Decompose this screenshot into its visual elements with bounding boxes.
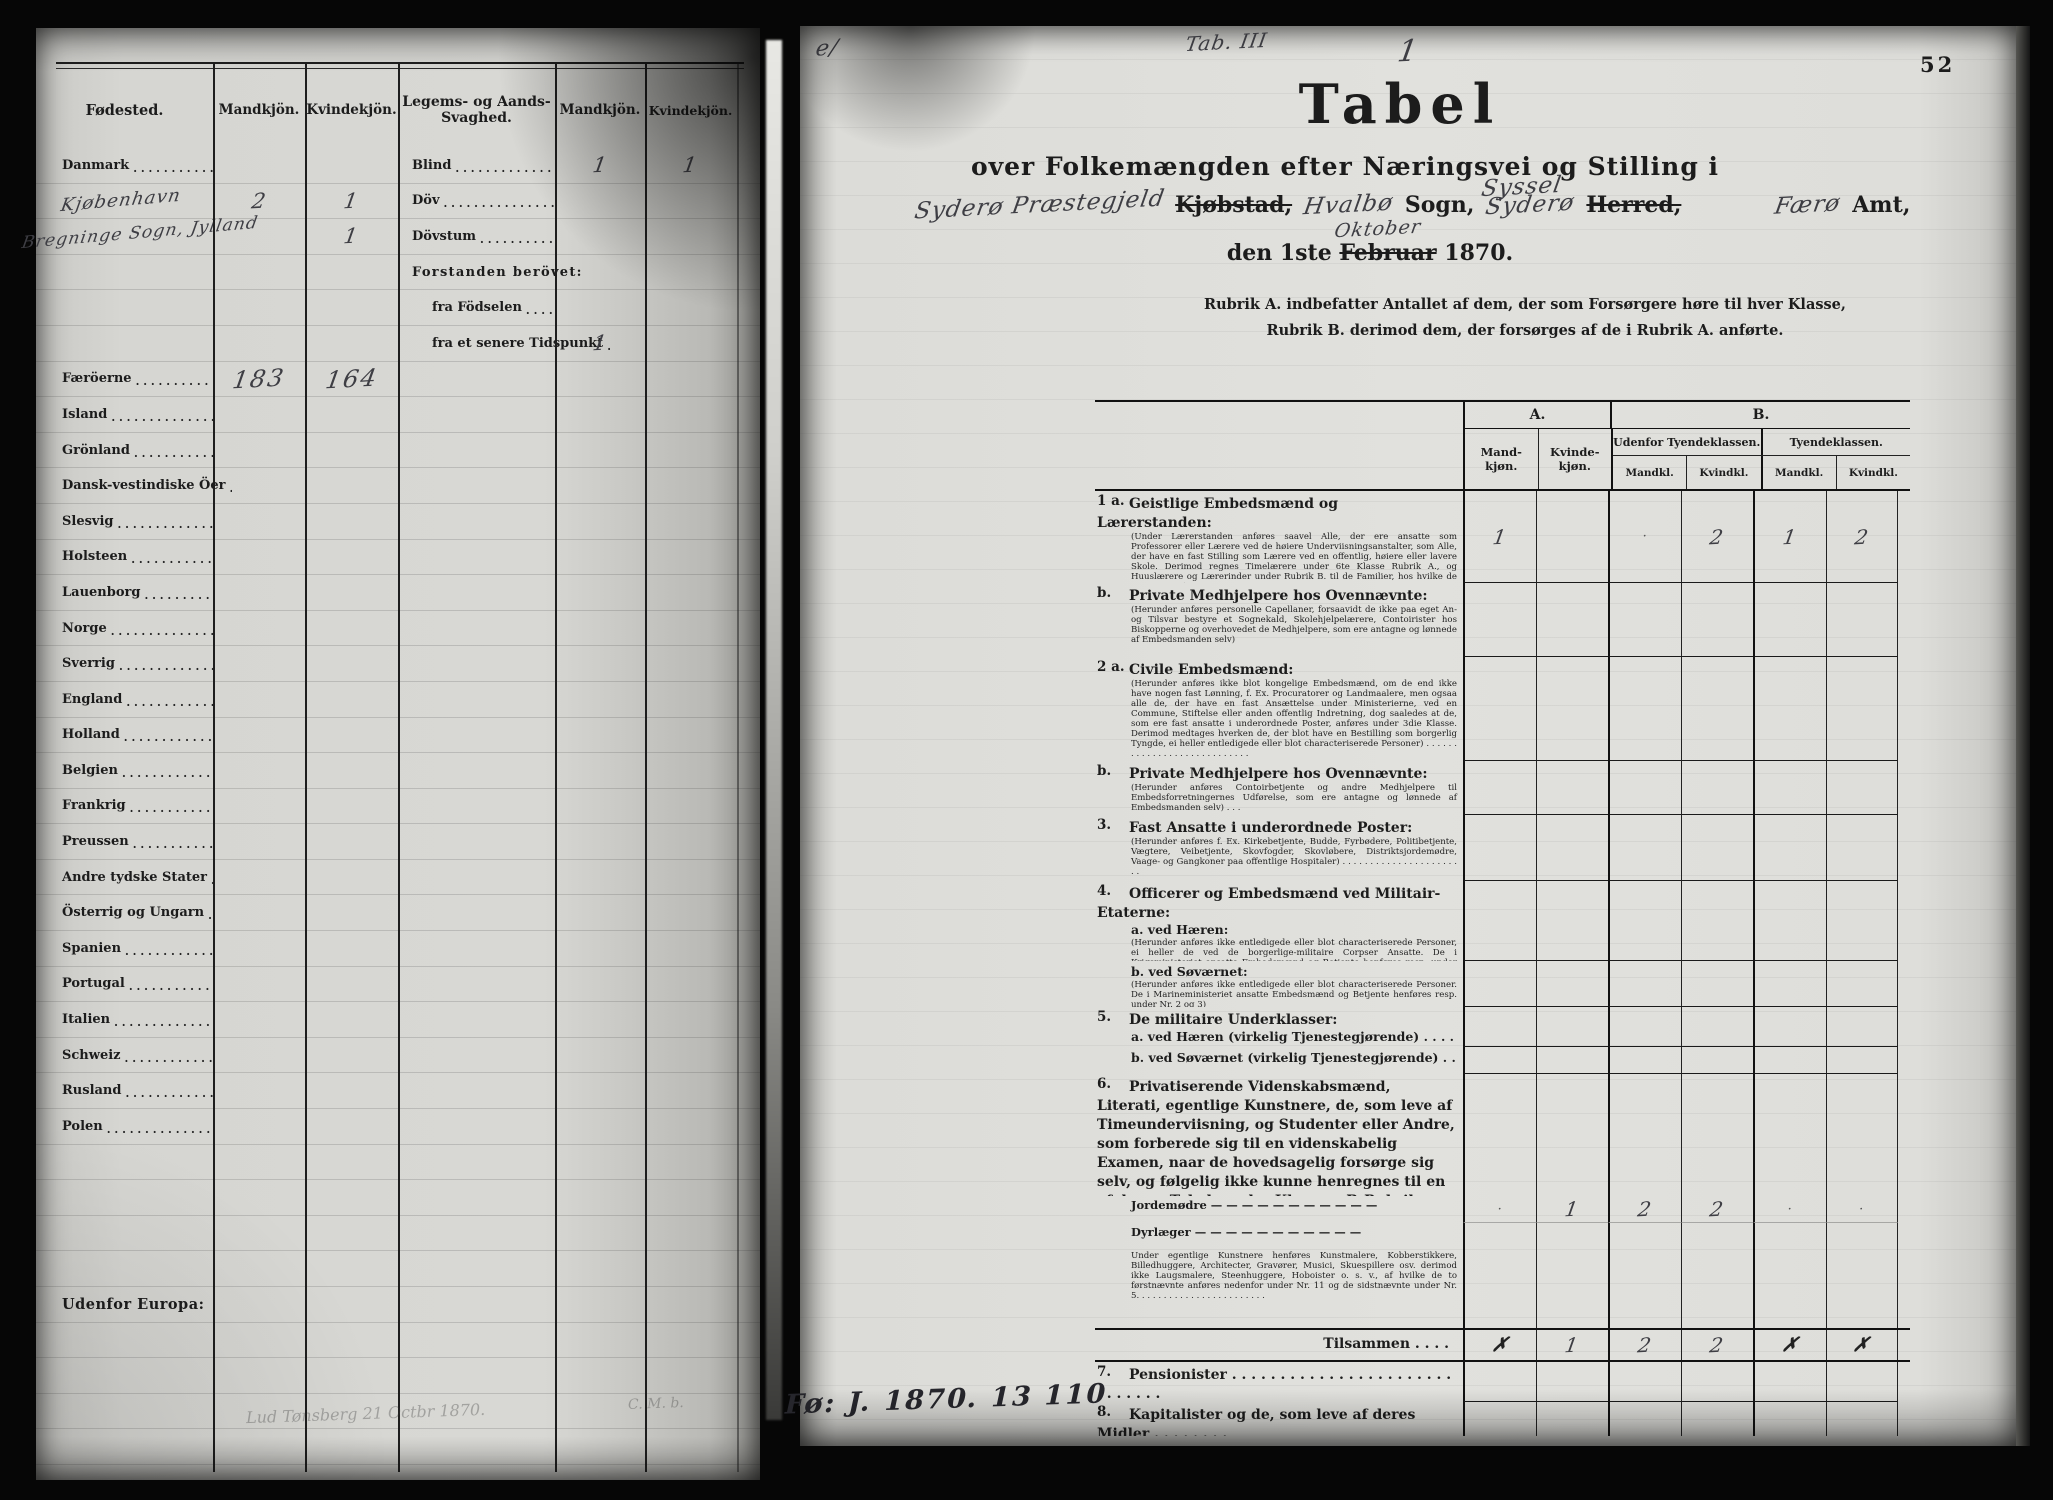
- infirmity-female-cell: [645, 397, 736, 432]
- dot-leader: . . . . . . . . . . . . . . . . . . . . …: [126, 796, 213, 815]
- occupation-row-label: 1 a.Geistlige Embedsmænd og Lærerstanden…: [1095, 491, 1463, 583]
- infirmity-male-cell: [555, 718, 645, 753]
- row-note: (Herunder anføres ikke entledigede eller…: [1097, 938, 1457, 961]
- infirmity-cell: [398, 824, 555, 859]
- female-count-cell: [305, 967, 398, 1002]
- birthplace-label: Dansk-vestindiske Öer: [62, 478, 225, 493]
- value-cell: [1681, 761, 1754, 815]
- value-cell: [1826, 761, 1899, 815]
- occupation-row-label: 6.Privatiserende Videnskabsmænd, Literat…: [1095, 1074, 1463, 1196]
- value-cell: [1608, 583, 1681, 657]
- infirmity-cell: [398, 1145, 555, 1180]
- female-count-cell: [305, 326, 398, 361]
- value-cell: [1536, 1223, 1609, 1248]
- male-count-cell: [213, 1073, 305, 1108]
- infirmity-label: fra Födselen: [432, 300, 522, 315]
- birthplace-label: Italien: [62, 1012, 110, 1027]
- value-cell: [1608, 657, 1681, 761]
- row-number: 5.: [1097, 1009, 1129, 1025]
- handwritten-count: 164: [323, 364, 380, 395]
- a-male-header: Mand- kjøn.: [1465, 429, 1538, 489]
- row-note: (Under Lærerstanden anføres saavel Alle,…: [1097, 532, 1457, 583]
- handwritten-birthplace: Kjøbenhavn: [59, 185, 182, 216]
- female-count-cell: [305, 860, 398, 895]
- value-cell: [1826, 1223, 1899, 1248]
- value-cell: [1826, 1248, 1899, 1328]
- infirmity-cell: fra et senere Tidspunkt. . . . . . . . .…: [398, 326, 555, 361]
- occupation-row-label: b.Private Medhjelpere hos Ovennævnte:(He…: [1095, 761, 1463, 815]
- handwritten-sogn-name: Hvalbø: [1302, 190, 1396, 221]
- tilsammen-label: Tilsammen . . . .: [1097, 1332, 1457, 1352]
- handwritten-sheet-number: 1: [1395, 33, 1421, 69]
- female-count-cell: [305, 1429, 398, 1464]
- value-cell: ·: [1463, 1196, 1536, 1223]
- dot-leader: . . . . . . . . . . . . . . . . . . . . …: [107, 619, 213, 638]
- infirmity-cell: [398, 1073, 555, 1108]
- male-count-cell: [213, 397, 305, 432]
- rubrik-a-line: Rubrik A. indbefatter Antallet af dem, d…: [1110, 292, 1940, 318]
- sub-male-header-2: Mandkl.: [1761, 456, 1836, 489]
- value-cell: [1608, 1074, 1681, 1196]
- row-title: Kapitalister og de, som leve af deres Mi…: [1097, 1407, 1415, 1436]
- birthplace-cell: Dansk-vestindiske Öer. . . . . . . . . .…: [36, 468, 213, 503]
- male-count-cell: [213, 433, 305, 468]
- infirmity-cell: [398, 789, 555, 824]
- handwritten-value: 2: [1853, 524, 1871, 549]
- infirmity-male-cell: [555, 611, 645, 646]
- occupation-row-label: 5.De militaire Underklasser:a. ved Hæren…: [1095, 1007, 1463, 1047]
- female-column-header: Kvindekjön.: [305, 72, 398, 148]
- value-cell: [1753, 1362, 1826, 1402]
- occupation-row-label: b.Private Medhjelpere hos Ovennævnte:(He…: [1095, 583, 1463, 657]
- value-cell: [1463, 1402, 1536, 1436]
- occupation-row-label: 3.Fast Ansatte i underordnede Poster:(He…: [1095, 815, 1463, 881]
- value-cell: 2: [1681, 1196, 1754, 1223]
- infirmity-female-cell: [645, 468, 736, 503]
- infirmity-male-cell: [555, 575, 645, 610]
- occupation-row-label: 2 a.Civile Embedsmænd:(Herunder anføres …: [1095, 657, 1463, 761]
- value-cell: [1826, 583, 1899, 657]
- infirmity-cell: [398, 1251, 555, 1286]
- value-cell: [1753, 1223, 1826, 1248]
- dot-leader: . . . . . . . . . . . . . . . . . . . . …: [114, 512, 214, 531]
- male-count-cell: [213, 326, 305, 361]
- handwritten-value: 2: [1636, 1197, 1654, 1222]
- page-number: 52: [1920, 52, 1955, 77]
- value-cell: [1536, 1007, 1609, 1047]
- value-cell: [1681, 1362, 1754, 1402]
- infirmity-cell: Blind. . . . . . . . . . . . . . . . . .…: [398, 148, 555, 183]
- value-cell: [1826, 657, 1899, 761]
- male-count-cell: [213, 789, 305, 824]
- row-note: (Herunder anføres Contoirbetjente og and…: [1097, 783, 1457, 813]
- row-note: (Herunder anføres personelle Capellaner,…: [1097, 605, 1457, 645]
- value-cell: [1463, 881, 1536, 961]
- value-cell: ✗: [1463, 1330, 1536, 1360]
- infirmity-male-cell: [555, 1180, 645, 1215]
- handwritten-count: 183: [231, 364, 288, 395]
- infirmity-male-cell: [555, 895, 645, 930]
- birthplace-cell: Preussen. . . . . . . . . . . . . . . . …: [36, 824, 213, 859]
- male-count-cell: [213, 1002, 305, 1037]
- infirmity-cell: [398, 1180, 555, 1215]
- infirmity-female-cell: [645, 1002, 736, 1037]
- amt-label: Amt,: [1852, 192, 1910, 218]
- pencil-initials: C. M. b.: [628, 1395, 684, 1413]
- infirmity-female-cell: [645, 718, 736, 753]
- birthplace-label: Grönland: [62, 443, 130, 458]
- value-cell: [1826, 815, 1899, 881]
- value-cell: [1608, 1402, 1681, 1436]
- male-count-cell: [213, 1358, 305, 1393]
- female-count-cell: [305, 468, 398, 503]
- handwritten-amt-name: Færø: [1773, 190, 1843, 219]
- dot-leader: . . . . . . . . . . . . . . . . . . . . …: [103, 1117, 213, 1136]
- dot-leader: . . . . . . . . . . . . . . . . . . . . …: [107, 405, 213, 424]
- female-count-cell: [305, 895, 398, 930]
- infirmity-female-cell: [645, 895, 736, 930]
- occupation-row-6n: Under egentlige Kunstnere henføres Kunst…: [1095, 1248, 1910, 1328]
- handwritten-count: 1: [342, 224, 360, 249]
- handwritten-value: ✗: [1780, 1334, 1801, 1357]
- infirmity-female-cell: [645, 789, 736, 824]
- infirmity-cell: [398, 753, 555, 788]
- birthplace-cell: Österrig og Ungarn. . . . . . . . . . . …: [36, 895, 213, 930]
- value-cell: [1753, 881, 1826, 961]
- infirmity-male-cell: [555, 1145, 645, 1180]
- occupation-row-3: 3.Fast Ansatte i underordnede Poster:(He…: [1095, 815, 1910, 881]
- female-count-cell: [305, 290, 398, 325]
- male-count-cell: [213, 860, 305, 895]
- infirmity-male-cell: [555, 1038, 645, 1073]
- occupation-row-2a: 2 a.Civile Embedsmænd:(Herunder anføres …: [1095, 657, 1910, 761]
- infirmity-male-cell: [555, 1358, 645, 1393]
- table-top-rule: [56, 62, 744, 69]
- birthplace-cell: Rusland. . . . . . . . . . . . . . . . .…: [36, 1073, 213, 1108]
- b-service-class-header: Tyendeklassen.: [1761, 429, 1911, 455]
- infirmity-male-cell: [555, 1287, 645, 1322]
- female-count-cell: [305, 575, 398, 610]
- infirmity-cell: [398, 1038, 555, 1073]
- month-group: Oktober Februar: [1339, 240, 1444, 266]
- female-count-cell: [305, 682, 398, 717]
- row-subitem: a. ved Hæren:: [1097, 922, 1457, 937]
- infirmity-female-cell: [645, 219, 736, 254]
- occupation-table: A. B. Mand- kjøn. Kvinde- kjøn. Udenfor …: [1095, 400, 1910, 1436]
- infirmity-cell: [398, 718, 555, 753]
- female-count-cell: 1: [305, 184, 398, 219]
- birthplace-cell: [36, 1145, 213, 1180]
- infirmity-cell: [398, 575, 555, 610]
- infirmity-cell: [398, 1287, 555, 1322]
- handwritten-value: 1: [1781, 524, 1799, 549]
- infirmity-label: Dövstum: [412, 229, 476, 244]
- row-title: Civile Embedsmænd:: [1129, 662, 1293, 678]
- value-cell: [1608, 1007, 1681, 1047]
- infirmity-male-cell: [555, 1251, 645, 1286]
- value-cell: ✗: [1826, 1330, 1899, 1360]
- dot-leader: . . . . . . . . . . . . . . . . . . . . …: [121, 1046, 213, 1065]
- row-title: Fast Ansatte i underordnede Poster:: [1129, 820, 1412, 836]
- birthplace-label: Belgien: [62, 763, 118, 778]
- row-title: Officerer og Embedsmænd ved Militair-Eta…: [1097, 886, 1440, 921]
- birthplace-cell: [36, 326, 213, 361]
- dot-leader: . . . . . . . . . . . . . . . . . . . . …: [129, 156, 213, 175]
- birthplace-cell: Udenfor Europa:: [36, 1287, 213, 1322]
- occupation-row-tilsammen: Tilsammen . . . .✗122✗✗: [1095, 1328, 1910, 1362]
- male-count-cell: [213, 824, 305, 859]
- infirmity-male-cell: [555, 255, 645, 290]
- birthplace-cell: Norge. . . . . . . . . . . . . . . . . .…: [36, 611, 213, 646]
- value-cell: ·: [1753, 1196, 1826, 1223]
- row-note: (Herunder anføres f. Ex. Kirkebetjente, …: [1097, 837, 1457, 877]
- birthplace-column-header: Fødested.: [36, 72, 213, 148]
- row-title: Private Medhjelpere hos Ovennævnte:: [1129, 766, 1428, 782]
- sub-female-header-2: Kvindkl.: [1836, 456, 1910, 489]
- infirmity-male-cell: [555, 682, 645, 717]
- birthplace-cell: Sverrig. . . . . . . . . . . . . . . . .…: [36, 646, 213, 681]
- birthplace-label: Polen: [62, 1119, 103, 1134]
- value-cell: [1681, 881, 1754, 961]
- occupation-row-label: Dyrlæger — — — — — — — — — — —: [1095, 1223, 1463, 1248]
- female-count-cell: [305, 718, 398, 753]
- dot-leader: . . . . . . . . . . . . . . . . . . . . …: [118, 761, 213, 780]
- dot-leader: . . . . . . . . . . . . . . . . . . . . …: [129, 832, 213, 851]
- birthplace-cell: Kjøbenhavn: [36, 184, 213, 219]
- printed-month-struck: Februar: [1339, 240, 1436, 266]
- birthplace-label: Holland: [62, 727, 120, 742]
- dot-leader: . . . . . . . . . . . . . . . . . . . . …: [451, 156, 555, 175]
- value-cell: 1: [1753, 491, 1826, 583]
- female-count-cell: [305, 789, 398, 824]
- infirmity-cell: Dövstum. . . . . . . . . . . . . . . . .…: [398, 219, 555, 254]
- value-cell: [1826, 881, 1899, 961]
- infirmity-male-cell: [555, 362, 645, 397]
- infirmity-cell: [398, 895, 555, 930]
- female-count-cell: [305, 1180, 398, 1215]
- birthplace-label: Frankrig: [62, 798, 126, 813]
- census-date-line: den 1ste Oktober Februar 1870.: [1150, 240, 1590, 266]
- value-cell: [1826, 961, 1899, 1007]
- male-count-cell: [213, 611, 305, 646]
- value-cell: [1536, 1047, 1609, 1074]
- birthplace-cell: England. . . . . . . . . . . . . . . . .…: [36, 682, 213, 717]
- occupation-row-label: Jordemødre — — — — — — — — — — —: [1095, 1196, 1463, 1223]
- right-page: e/ Tab. III 1 52 Tabel over Folkemængden…: [800, 26, 2016, 1446]
- infirmity-male-cell: [555, 433, 645, 468]
- birthplace-cell: Portugal. . . . . . . . . . . . . . . . …: [36, 967, 213, 1002]
- value-cell: [1681, 1047, 1754, 1074]
- birthplace-label: Rusland: [62, 1083, 121, 1098]
- value-cell: [1536, 1248, 1609, 1328]
- occupation-row-label: 4.Officerer og Embedsmænd ved Militair-E…: [1095, 881, 1463, 961]
- infirmity-female-cell: [645, 184, 736, 219]
- value-cell: [1608, 881, 1681, 961]
- handwritten-value: ·: [1788, 1202, 1793, 1217]
- infirmity-female-cell: [645, 1429, 736, 1464]
- infirmity-male-cell: [555, 824, 645, 859]
- value-cell: 1: [1536, 1196, 1609, 1223]
- value-cell: [1608, 815, 1681, 881]
- handwritten-month: Oktober: [1333, 216, 1423, 242]
- dot-leader: . . . . . . . . . . . . . . . . . . . . …: [121, 939, 213, 958]
- infirmity-cell: [398, 1216, 555, 1251]
- sub-male-header-1: Mandkl.: [1613, 456, 1686, 489]
- male-count-cell: [213, 1145, 305, 1180]
- value-cell: [1463, 583, 1536, 657]
- infirmity-cell: [398, 611, 555, 646]
- infirmity-cell: [398, 931, 555, 966]
- handwritten-value: ·: [1643, 529, 1648, 544]
- handwritten-value: 1: [1563, 1197, 1581, 1222]
- handwritten-value: ·: [1859, 1202, 1864, 1217]
- infirmity-female-cell: [645, 1180, 736, 1215]
- birthplace-cell: Island. . . . . . . . . . . . . . . . . …: [36, 397, 213, 432]
- handwritten-value: ·: [1498, 1202, 1503, 1217]
- birthplace-cell: Slesvig. . . . . . . . . . . . . . . . .…: [36, 504, 213, 539]
- form-subtitle: over Folkemængden efter Næringsvei og St…: [940, 152, 1750, 181]
- infirmity-male-cell: [555, 646, 645, 681]
- value-cell: [1753, 657, 1826, 761]
- page-edge: [2016, 26, 2030, 1446]
- handwritten-count: 2: [250, 189, 268, 214]
- infirmity-male-cell: [555, 789, 645, 824]
- handwritten-value: ✗: [1851, 1334, 1872, 1357]
- value-cell: [1681, 1248, 1754, 1328]
- male-count-cell: [213, 1287, 305, 1322]
- birthplace-cell: [36, 1429, 213, 1464]
- infirmity-female-cell: [645, 1109, 736, 1144]
- female-count-cell: [305, 1145, 398, 1180]
- row-number: 4.: [1097, 883, 1129, 899]
- infirmity-male-cell: [555, 1429, 645, 1464]
- handwritten-corner-mark: e/: [814, 35, 841, 61]
- value-cell: [1826, 1007, 1899, 1047]
- handwritten-count: 1: [681, 153, 699, 178]
- male-count-cell: [213, 646, 305, 681]
- infirmity-male-cell: [555, 1109, 645, 1144]
- value-cell: [1463, 1007, 1536, 1047]
- infirmity-male-cell: [555, 967, 645, 1002]
- date-prefix: den 1ste: [1227, 240, 1332, 266]
- infirmity-cell: [398, 1109, 555, 1144]
- row-number: b.: [1097, 763, 1129, 779]
- row-number: b.: [1097, 585, 1129, 601]
- male-count-cell: [213, 967, 305, 1002]
- infirmity-female-cell: [645, 1216, 736, 1251]
- birthplace-cell: Danmark. . . . . . . . . . . . . . . . .…: [36, 148, 213, 183]
- infirmity-male-cell: [555, 504, 645, 539]
- handwritten-value: 1: [1563, 1333, 1581, 1358]
- row-line: Dyrlæger — — — — — — — — — — —: [1097, 1226, 1457, 1239]
- value-cell: [1826, 1362, 1899, 1402]
- female-count-cell: [305, 1323, 398, 1358]
- male-count-cell: [213, 1180, 305, 1215]
- handwritten-value: 2: [1708, 1197, 1726, 1222]
- birthplace-cell: [36, 1323, 213, 1358]
- value-cell: [1681, 1007, 1754, 1047]
- value-cell: [1826, 1074, 1899, 1196]
- row-title: Geistlige Embedsmænd og Lærerstanden:: [1097, 496, 1338, 531]
- value-cell: 2: [1608, 1196, 1681, 1223]
- infirmity-female-cell: 1: [645, 148, 736, 183]
- male-count-cell: 183: [213, 362, 305, 397]
- female-count-cell: [305, 1073, 398, 1108]
- birthplace-cell: Schweiz. . . . . . . . . . . . . . . . .…: [36, 1038, 213, 1073]
- infirmity-cell: [398, 468, 555, 503]
- birthplace-label: Schweiz: [62, 1048, 121, 1063]
- handwritten-parish: Syderø Præstegjeld: [912, 186, 1166, 225]
- value-cell: [1753, 815, 1826, 881]
- handwritten-count: 1: [342, 189, 360, 214]
- occupation-row-5a: 5.De militaire Underklasser:a. ved Hæren…: [1095, 1007, 1910, 1047]
- infirmity-cell: [398, 646, 555, 681]
- value-cell: ·: [1608, 491, 1681, 583]
- value-cell: [1463, 1223, 1536, 1248]
- female-count-cell: 1: [305, 219, 398, 254]
- value-cell: [1463, 1047, 1536, 1074]
- row-number: 3.: [1097, 817, 1129, 833]
- occupation-table-body: 1 a.Geistlige Embedsmænd og Lærerstanden…: [1095, 491, 1910, 1436]
- male-column-header: Mandkjön.: [213, 72, 305, 148]
- row-number: 7.: [1097, 1364, 1129, 1380]
- row-title: De militaire Underklasser:: [1129, 1012, 1337, 1028]
- female-count-cell: [305, 1109, 398, 1144]
- handwritten-value: 2: [1708, 1333, 1726, 1358]
- infirmity-label: Döv: [412, 193, 440, 208]
- book-gutter: [766, 40, 782, 1420]
- value-cell: ·: [1826, 1196, 1899, 1223]
- infirmity-male-cell: [555, 184, 645, 219]
- birthplace-cell: Italien. . . . . . . . . . . . . . . . .…: [36, 1002, 213, 1037]
- birthplace-label: Island: [62, 407, 107, 422]
- value-cell: [1536, 657, 1609, 761]
- birthplace-cell: Polen. . . . . . . . . . . . . . . . . .…: [36, 1109, 213, 1144]
- dot-leader: . . . . . . . . . . . . . . . . . . . . …: [115, 654, 213, 673]
- infirmity-cell: [398, 682, 555, 717]
- male-count-cell: [213, 575, 305, 610]
- value-cell: [1753, 1402, 1826, 1436]
- male-count-cell: [213, 255, 305, 290]
- row-subitem: b. ved Søværnet (virkelig Tjenestegjøren…: [1097, 1050, 1457, 1074]
- infirmity-cell: [398, 397, 555, 432]
- row-title: Pensionister . . . . . . . . . . . . . .…: [1097, 1367, 1451, 1402]
- birthplace-label: Norge: [62, 621, 107, 636]
- male-count-cell: [213, 1038, 305, 1073]
- birthplace-label: Preussen: [62, 834, 129, 849]
- sogn-label: Sogn,: [1405, 192, 1475, 218]
- birthplace-label: Portugal: [62, 976, 125, 991]
- value-cell: [1608, 761, 1681, 815]
- row-number: 1 a.: [1097, 493, 1129, 509]
- female-column-header-2: Kvindekjön.: [645, 72, 736, 148]
- form-title: Tabel: [1000, 72, 1800, 136]
- value-cell: ✗: [1753, 1330, 1826, 1360]
- infirmity-female-cell: [645, 824, 736, 859]
- birthplace-cell: [36, 1358, 213, 1393]
- infirmity-female-cell: [645, 326, 736, 361]
- value-cell: [1536, 881, 1609, 961]
- male-count-cell: [213, 1109, 305, 1144]
- value-cell: [1536, 1402, 1609, 1436]
- female-count-cell: [305, 1038, 398, 1073]
- birthplace-cell: Spanien. . . . . . . . . . . . . . . . .…: [36, 931, 213, 966]
- infirmity-male-cell: [555, 1002, 645, 1037]
- birthplace-cell: [36, 1180, 213, 1215]
- female-count-cell: [305, 1358, 398, 1393]
- occupation-row-5b: b. ved Søværnet (virkelig Tjenestegjøren…: [1095, 1047, 1910, 1074]
- infirmity-cell: [398, 1429, 555, 1464]
